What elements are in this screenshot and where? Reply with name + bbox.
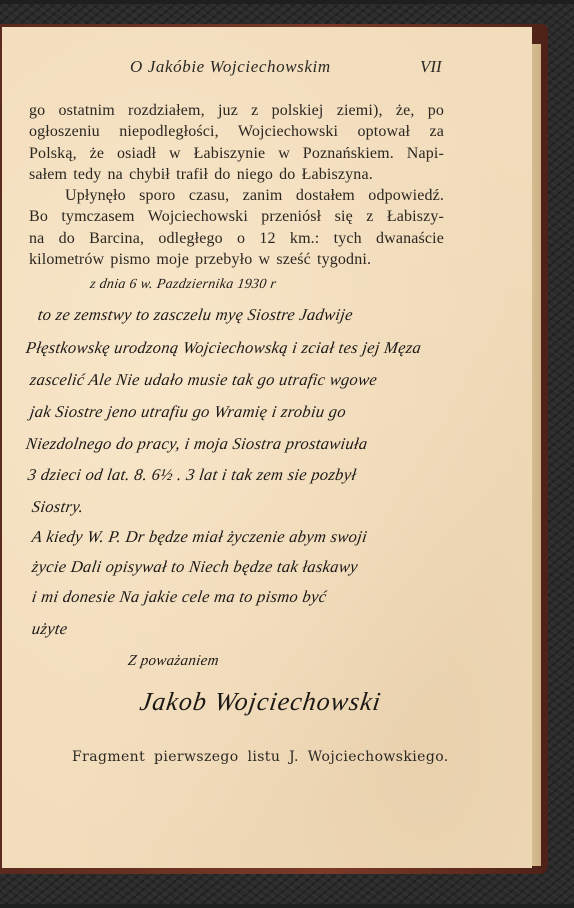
- letter-line: użyte: [31, 619, 69, 639]
- letter-line: Siostry.: [31, 497, 85, 517]
- letter-line: zascelić Ale Nie udało musie tak go utra…: [29, 370, 379, 390]
- letter-line: A kiedy W. P. Dr będze miał życzenie aby…: [31, 527, 369, 547]
- letter-signature: Jakob Wojciechowski: [138, 687, 383, 717]
- letter-line: Płęstkowskę urodzoną Wojciechowską i zci…: [25, 338, 423, 358]
- letter-line: Niezdolnego do pracy, i moja Siostra pro…: [25, 434, 369, 454]
- letter-line: jak Siostre jeno utrafiu go Wramię i zro…: [29, 402, 348, 422]
- letter-date-line: z dnia 6 w. Pazdziernika 1930 r: [89, 277, 277, 293]
- letter-closing: Z poważaniem: [127, 653, 220, 670]
- letter-line: życie Dali opisywał to Niech będze tak ł…: [31, 557, 360, 577]
- handwritten-letter: z dnia 6 w. Pazdziernika 1930 r to ze ze…: [2, 27, 532, 747]
- letter-line: to ze zemstwy to zasczelu myę Siostre Ja…: [37, 305, 355, 325]
- letter-line: i mi donesie Na jakie cele ma to pismo b…: [31, 587, 328, 607]
- book-page: O Jakóbie Wojciechowskim VII go ostatnim…: [2, 27, 532, 868]
- letter-line: 3 dzieci od lat. 8. 6½ . 3 lat i tak zem…: [27, 465, 358, 485]
- figure-caption: Fragment pierwszego listu J. Wojciechows…: [72, 749, 449, 765]
